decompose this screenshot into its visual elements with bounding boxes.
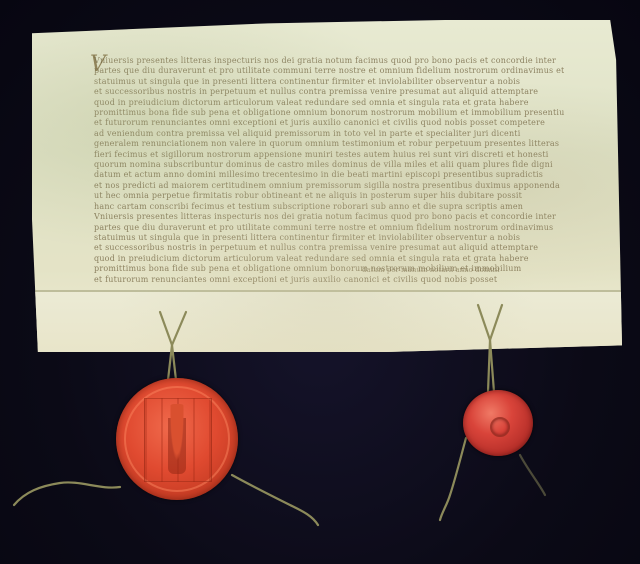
cord-left — [0, 0, 640, 564]
seal-impression-icon — [490, 417, 510, 437]
large-wax-seal — [116, 378, 238, 500]
small-wax-seal — [463, 390, 533, 456]
seal-figure-icon — [168, 404, 186, 474]
